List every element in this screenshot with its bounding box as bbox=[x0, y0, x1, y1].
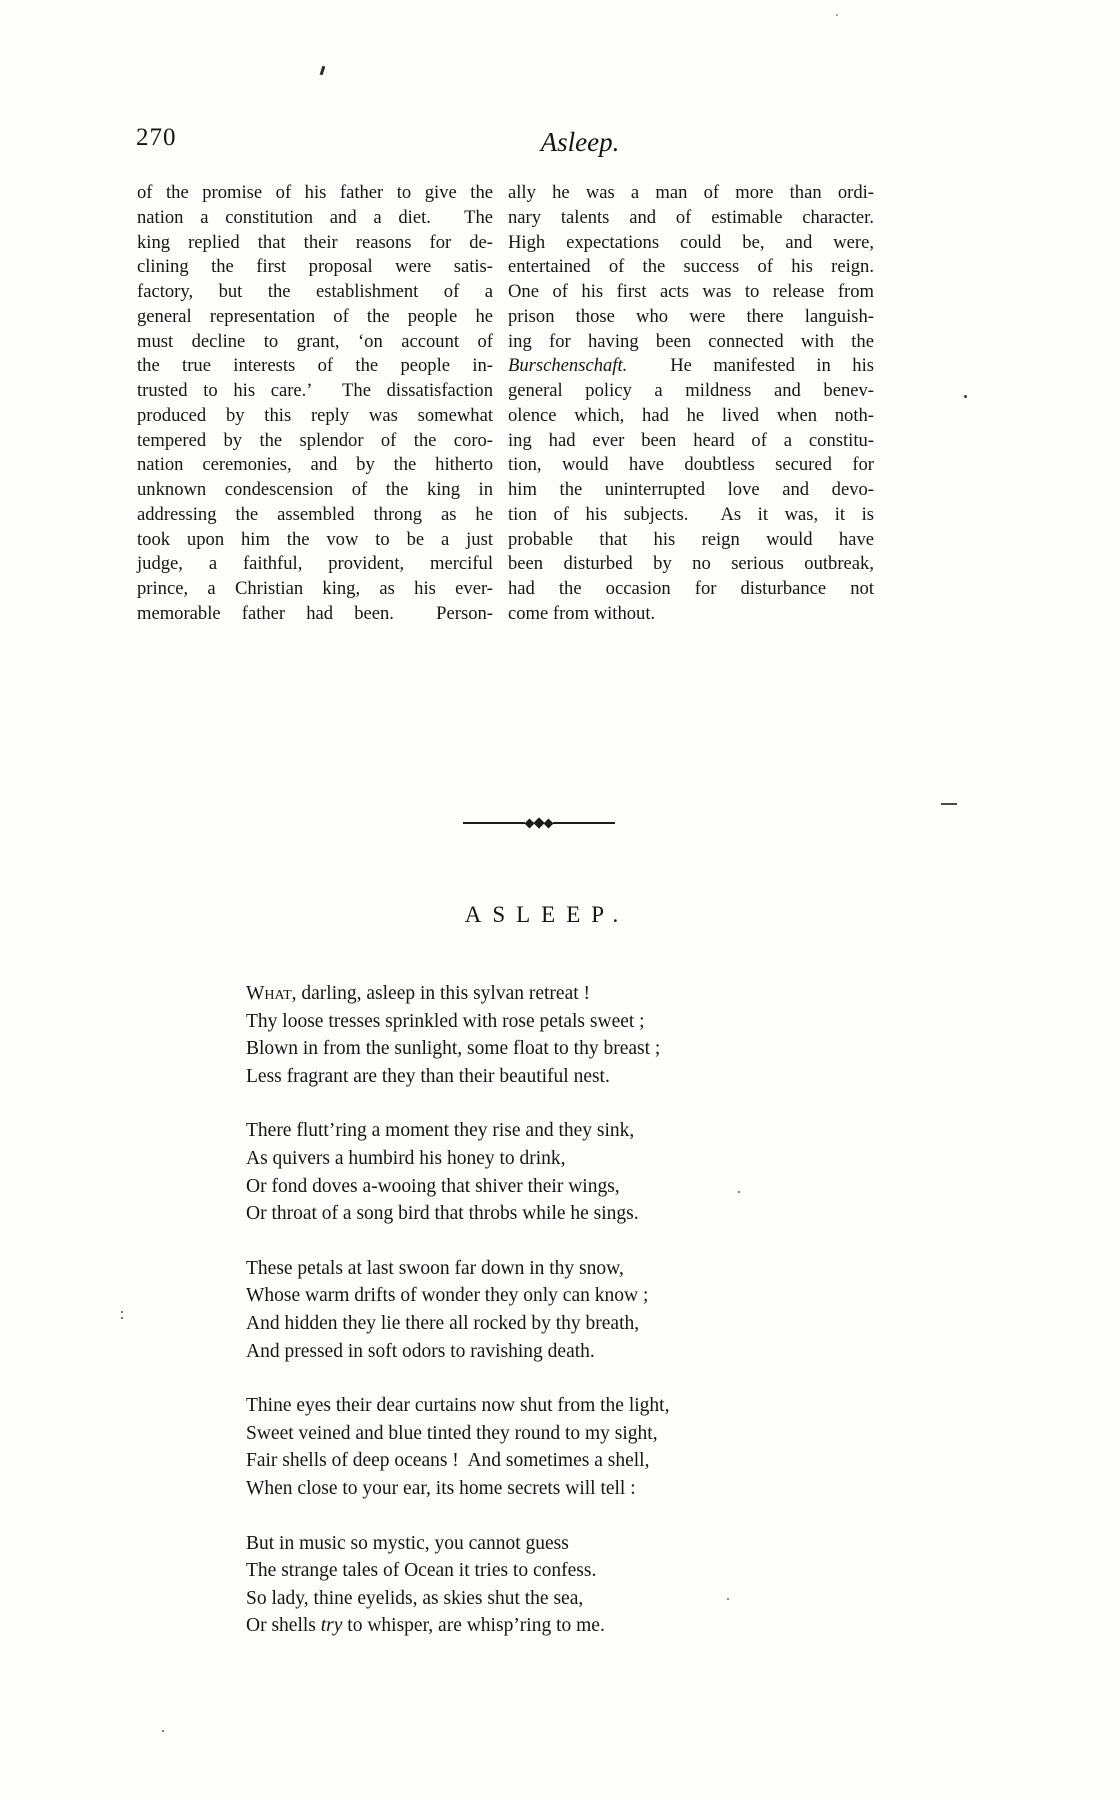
text-line: When close to your ear, its home secrets… bbox=[246, 1475, 669, 1503]
scan-artifact bbox=[121, 1311, 123, 1313]
text-line: tempered by the splendor of the coro- bbox=[137, 429, 493, 454]
text-line: prison those who were there languish- bbox=[508, 305, 874, 330]
text-line: had the occasion for disturbance not bbox=[508, 577, 874, 602]
text-line: nation a constitution and a diet. The bbox=[137, 206, 493, 231]
text-line: him the uninterrupted love and devo- bbox=[508, 478, 874, 503]
divider-line bbox=[553, 822, 615, 824]
text-line: took upon him the vow to be a just bbox=[137, 528, 493, 553]
text-line: Or shells try to whisper, are whisp’ring… bbox=[246, 1612, 669, 1640]
text-line: Or throat of a song bird that throbs whi… bbox=[246, 1200, 669, 1228]
scanned-page: 270 Asleep. of the promise of his father… bbox=[0, 0, 1120, 1800]
divider-line bbox=[463, 822, 525, 824]
text-line: As quivers a humbird his honey to drink, bbox=[246, 1145, 669, 1173]
scan-artifact bbox=[727, 1598, 729, 1600]
right-column: ally he was a man of more than ordi-nary… bbox=[508, 181, 874, 627]
text-line: What, darling, asleep in this sylvan ret… bbox=[246, 980, 669, 1008]
poem-stanza: Thine eyes their dear curtains now shut … bbox=[246, 1392, 669, 1502]
text-line: nary talents and of estimable character. bbox=[508, 206, 874, 231]
text-line: And pressed in soft odors to ravishing d… bbox=[246, 1338, 669, 1366]
text-line: And hidden they lie there all rocked by … bbox=[246, 1310, 669, 1338]
text-line: Burschenschaft. He manifested in his bbox=[508, 354, 874, 379]
text-line: ing had ever been heard of a constitu- bbox=[508, 429, 874, 454]
text-line: The strange tales of Ocean it tries to c… bbox=[246, 1557, 669, 1585]
scan-artifact bbox=[836, 14, 838, 16]
scan-artifact bbox=[162, 1730, 164, 1732]
scan-artifact bbox=[738, 1191, 740, 1193]
text-line: factory, but the establishment of a bbox=[137, 280, 493, 305]
text-line: come from without. bbox=[508, 602, 874, 627]
poem-body: What, darling, asleep in this sylvan ret… bbox=[246, 980, 669, 1667]
section-divider bbox=[463, 819, 615, 827]
poem-stanza: There flutt’ring a moment they rise and … bbox=[246, 1117, 669, 1227]
text-line: tion of his subjects. As it was, it is bbox=[508, 503, 874, 528]
text-line: prince, a Christian king, as his ever- bbox=[137, 577, 493, 602]
scan-artifact bbox=[964, 395, 967, 398]
text-line: probable that his reign would have bbox=[508, 528, 874, 553]
scan-artifact bbox=[320, 66, 326, 75]
text-line: must decline to grant, ‘on account of bbox=[137, 330, 493, 355]
text-line: Thy loose tresses sprinkled with rose pe… bbox=[246, 1008, 669, 1036]
text-line: But in music so mystic, you cannot guess bbox=[246, 1530, 669, 1558]
text-line: addressing the assembled throng as he bbox=[137, 503, 493, 528]
text-line: olence which, had he lived when noth- bbox=[508, 404, 874, 429]
text-line: One of his first acts was to release fro… bbox=[508, 280, 874, 305]
text-line: entertained of the success of his reign. bbox=[508, 255, 874, 280]
text-line: king replied that their reasons for de- bbox=[137, 231, 493, 256]
text-line: general policy a mildness and benev- bbox=[508, 379, 874, 404]
text-line: So lady, thine eyelids, as skies shut th… bbox=[246, 1585, 669, 1613]
text-line: memorable father had been. Person- bbox=[137, 602, 493, 627]
poem-title: ASLEEP. bbox=[0, 902, 1094, 928]
poem-stanza: But in music so mystic, you cannot guess… bbox=[246, 1530, 669, 1640]
text-line: ing for having been connected with the bbox=[508, 330, 874, 355]
text-line: There flutt’ring a moment they rise and … bbox=[246, 1117, 669, 1145]
text-line: Thine eyes their dear curtains now shut … bbox=[246, 1392, 669, 1420]
text-line: clining the first proposal were satis- bbox=[137, 255, 493, 280]
scan-artifact bbox=[941, 803, 957, 805]
running-head: Asleep. bbox=[40, 127, 1120, 158]
text-line: judge, a faithful, provident, merciful bbox=[137, 552, 493, 577]
text-line: produced by this reply was somewhat bbox=[137, 404, 493, 429]
text-line: nation ceremonies, and by the hitherto bbox=[137, 453, 493, 478]
text-line: general representation of the people he bbox=[137, 305, 493, 330]
text-line: of the promise of his father to give the bbox=[137, 181, 493, 206]
poem-stanza: What, darling, asleep in this sylvan ret… bbox=[246, 980, 669, 1090]
text-line: Sweet veined and blue tinted they round … bbox=[246, 1420, 669, 1448]
left-column: of the promise of his father to give the… bbox=[137, 181, 493, 627]
text-line: Fair shells of deep oceans ! And sometim… bbox=[246, 1447, 669, 1475]
text-line: Less fragrant are they than their beauti… bbox=[246, 1063, 669, 1091]
text-line: Whose warm drifts of wonder they only ca… bbox=[246, 1282, 669, 1310]
poem-stanza: These petals at last swoon far down in t… bbox=[246, 1255, 669, 1365]
text-line: Or fond doves a-wooing that shiver their… bbox=[246, 1173, 669, 1201]
divider-diamond bbox=[544, 818, 554, 828]
text-line: tion, would have doubtless secured for bbox=[508, 453, 874, 478]
text-line: Blown in from the sunlight, some float t… bbox=[246, 1035, 669, 1063]
article-columns: of the promise of his father to give the… bbox=[137, 181, 874, 627]
text-line: trusted to his care.’ The dissatisfactio… bbox=[137, 379, 493, 404]
text-line: unknown condescension of the king in bbox=[137, 478, 493, 503]
text-line: the true interests of the people in- bbox=[137, 354, 493, 379]
text-line: High expectations could be, and were, bbox=[508, 231, 874, 256]
text-line: ally he was a man of more than ordi- bbox=[508, 181, 874, 206]
text-line: These petals at last swoon far down in t… bbox=[246, 1255, 669, 1283]
text-line: been disturbed by no serious outbreak, bbox=[508, 552, 874, 577]
